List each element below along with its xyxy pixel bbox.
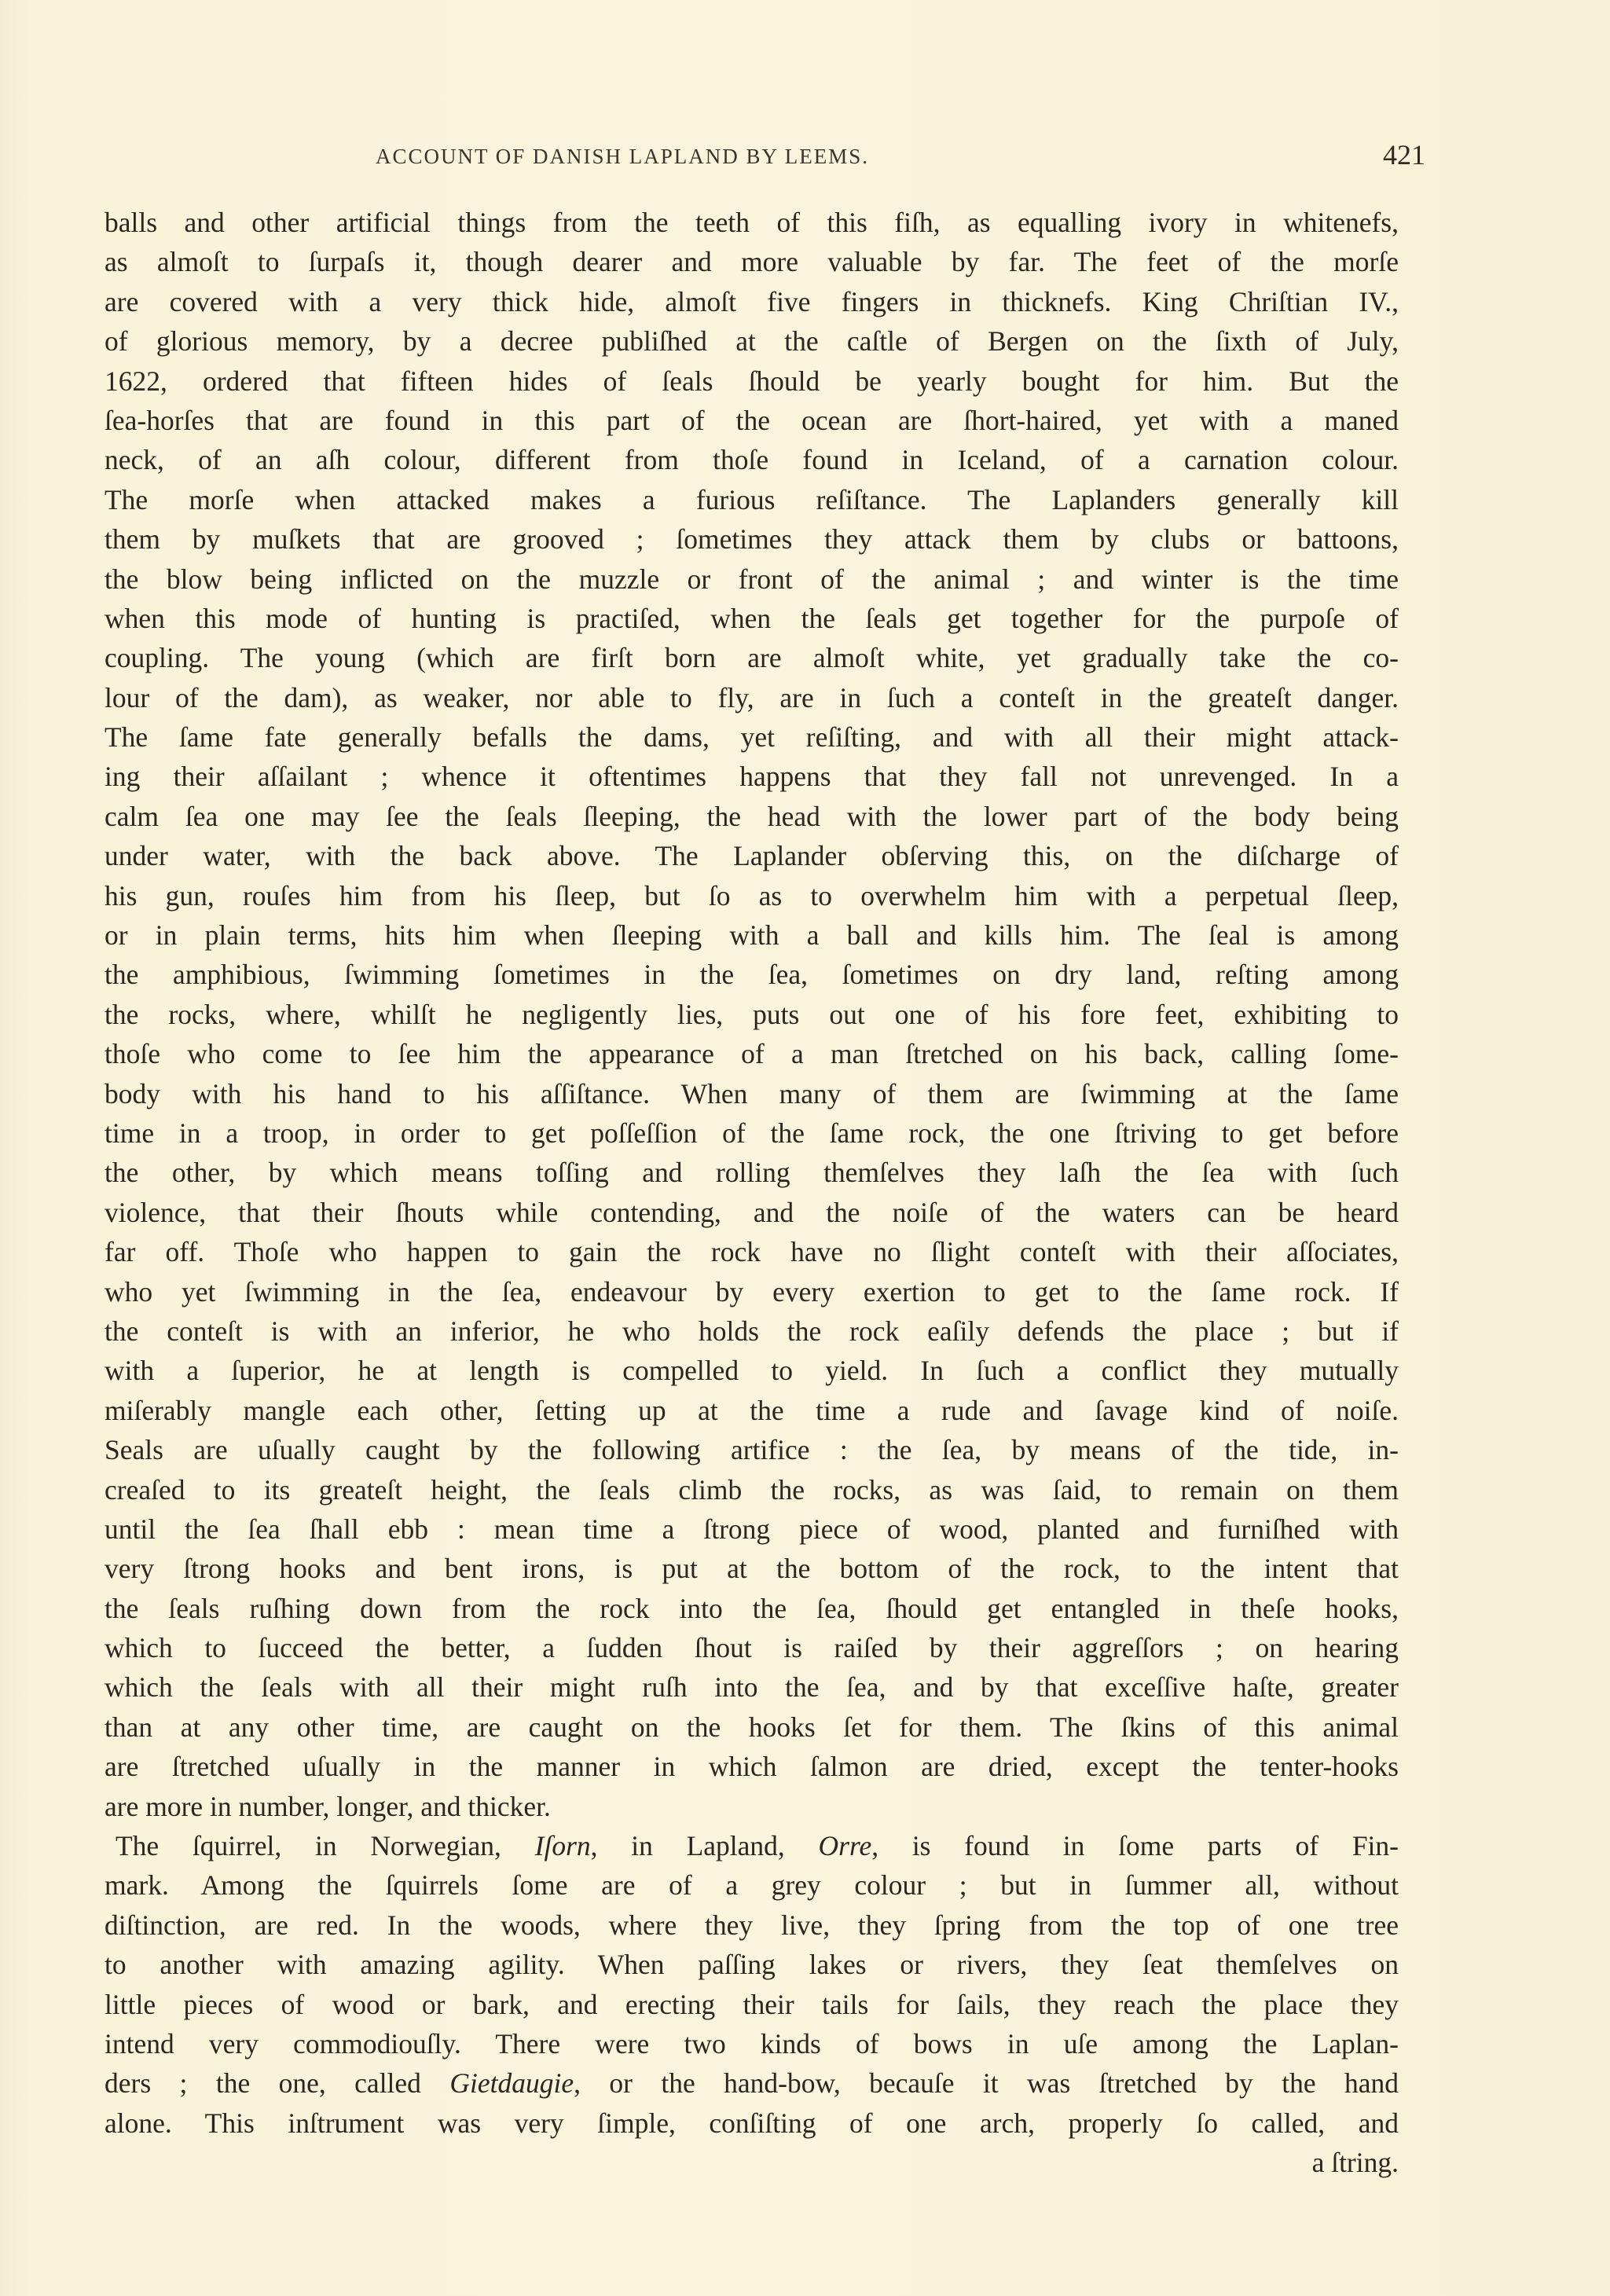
text-line: the other, by which means toſſing and ro… [105, 1153, 1399, 1192]
text-line: them by muſkets that are grooved ; ſomet… [105, 519, 1399, 559]
italic-term-hand-bow: Gietdaugie [449, 2067, 574, 2099]
text-line: ders ; the one, called Gietdaugie, or th… [105, 2063, 1399, 2103]
text-segment: , in Lapland, [591, 1830, 819, 1861]
text-line: 1622, ordered that fifteen hides of ſeal… [105, 361, 1399, 401]
text-line: lour of the dam), as weaker, nor able to… [105, 678, 1399, 717]
text-line: intend very commodiouſly. There were two… [105, 2024, 1399, 2063]
text-line: diſtinction, are red. In the woods, wher… [105, 1905, 1399, 1945]
text-line: ſea-horſes that are found in this part o… [105, 401, 1399, 440]
text-line: ing their aſſailant ; whence it oftentim… [105, 757, 1399, 796]
text-line: the ſeals ruſhing down from the rock int… [105, 1589, 1399, 1628]
text-line: far off. Thoſe who happen to gain the ro… [105, 1232, 1399, 1271]
text-line: with a ſuperior, he at length is compell… [105, 1351, 1399, 1390]
catchword: a ſtring. [105, 2143, 1399, 2182]
text-segment: The ſquirrel, in Norwegian, [116, 1830, 535, 1861]
text-line: or in plain terms, hits him when ſleepin… [105, 915, 1399, 955]
text-line: body with his hand to his aſſiſtance. Wh… [105, 1074, 1399, 1113]
page-number: 421 [1383, 138, 1425, 171]
text-line: than at any other time, are caught on th… [105, 1707, 1399, 1747]
text-segment: , is found in ſome parts of Fin- [871, 1830, 1399, 1861]
text-line: when this mode of hunting is practiſed, … [105, 599, 1399, 638]
text-line: alone. This inſtrument was very ſimple, … [105, 2103, 1399, 2143]
text-line: are ſtretched uſually in the manner in w… [105, 1747, 1399, 1786]
text-line: who yet ſwimming in the ſea, endeavour b… [105, 1272, 1399, 1311]
text-line: little pieces of wood or bark, and erect… [105, 1985, 1399, 2024]
text-line: until the ſea ſhall ebb : mean time a ſt… [105, 1509, 1399, 1549]
text-line: calm ſea one may ſee the ſeals ſleeping,… [105, 797, 1399, 836]
text-line: are covered with a very thick hide, almo… [105, 282, 1399, 321]
text-line-paragraph-end: are more in number, longer, and thicker. [105, 1787, 1399, 1826]
text-line: which to ſucceed the better, a ſudden ſh… [105, 1628, 1399, 1667]
text-line: time in a troop, in order to get poſſeſſ… [105, 1113, 1399, 1153]
running-head: ACCOUNT OF DANISH LAPLAND BY LEEMS. [376, 145, 869, 169]
text-line: as almoſt to ſurpaſs it, though dearer a… [105, 242, 1399, 281]
text-line: the rocks, where, whilſt he negligently … [105, 995, 1399, 1034]
text-segment: ders ; the one, called [105, 2067, 449, 2099]
text-segment: , or the hand-bow, becauſe it was ſtretc… [574, 2067, 1399, 2099]
text-line: under water, with the back above. The La… [105, 836, 1399, 875]
body-text: balls and other artificial things from t… [105, 203, 1399, 2183]
text-line: neck, of an aſh colour, different from t… [105, 440, 1399, 479]
text-line: the blow being inflicted on the muzzle o… [105, 559, 1399, 599]
text-line: The ſame fate generally befalls the dams… [105, 717, 1399, 757]
text-line: of glorious memory, by a decree publiſhe… [105, 321, 1399, 361]
text-line: Seals are uſually caught by the followin… [105, 1430, 1399, 1469]
text-line: creaſed to its greateſt height, the ſeal… [105, 1470, 1399, 1509]
text-line: violence, that their ſhouts while conten… [105, 1193, 1399, 1232]
italic-term-lapland: Orre [819, 1830, 872, 1861]
text-line: his gun, rouſes him from his ſleep, but … [105, 876, 1399, 915]
text-line: miſerably mangle each other, ſetting up … [105, 1391, 1399, 1430]
text-line: balls and other artificial things from t… [105, 203, 1399, 242]
text-line: very ſtrong hooks and bent irons, is put… [105, 1549, 1399, 1588]
text-line: to another with amazing agility. When pa… [105, 1945, 1399, 1984]
text-line: the amphibious, ſwimming ſometimes in th… [105, 955, 1399, 994]
text-line: thoſe who come to ſee him the appearance… [105, 1034, 1399, 1073]
text-line: which the ſeals with all their might ruſ… [105, 1667, 1399, 1707]
text-line: the conteſt is with an inferior, he who … [105, 1311, 1399, 1351]
text-line: coupling. The young (which are firſt bor… [105, 638, 1399, 677]
text-line-paragraph-start: The ſquirrel, in Norwegian, Iſorn, in La… [105, 1826, 1399, 1865]
italic-term-norwegian: Iſorn [535, 1830, 591, 1861]
text-line: mark. Among the ſquirrels ſome are of a … [105, 1865, 1399, 1905]
text-line: The morſe when attacked makes a furious … [105, 480, 1399, 519]
